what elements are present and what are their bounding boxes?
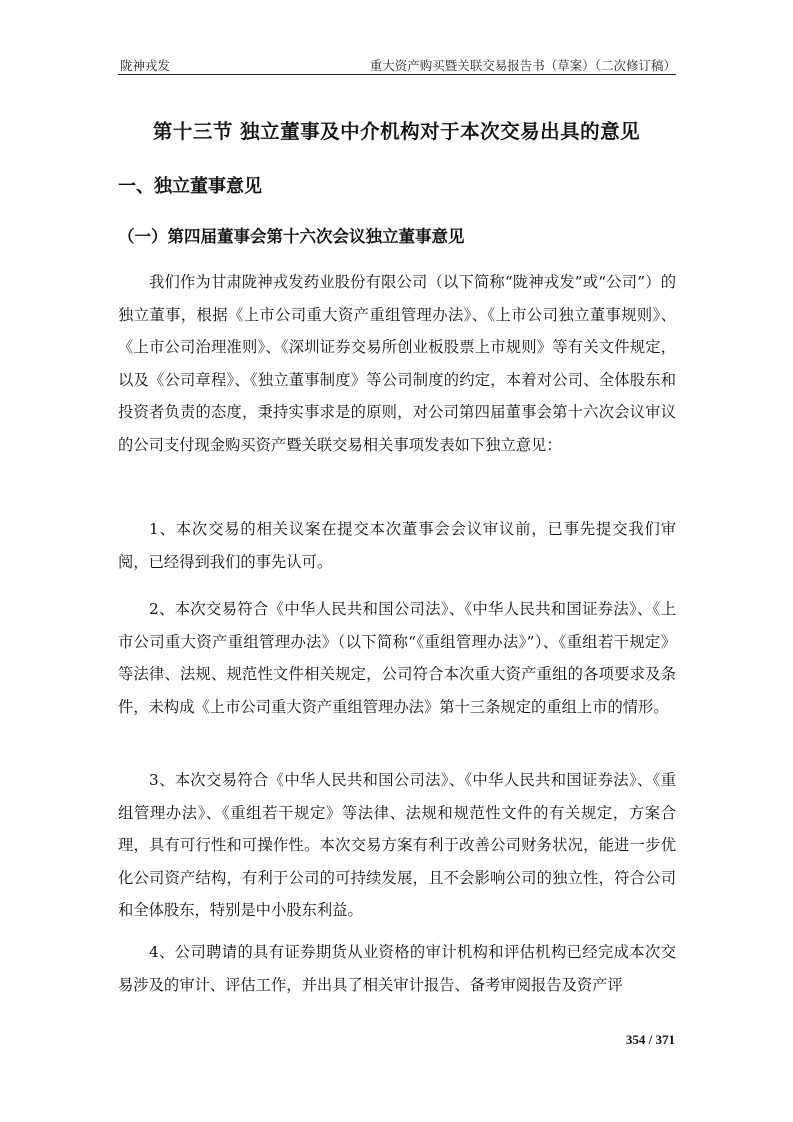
paragraph-intro: 我们作为甘肃陇神戎发药业股份有限公司（以下简称“陇神戎发”或“公司”）的独立董事… [118,266,676,461]
section-title: 第十三节 独立董事及中介机构对于本次交易出具的意见 [0,116,793,144]
paragraph-item-4: 4、公司聘请的具有证券期货从业资格的审计机构和评估机构已经完成本次交易涉及的审计… [118,936,676,1001]
header-company-name: 陇神戎发 [120,56,170,74]
header-document-title: 重大资产购买暨关联交易报告书（草案）（二次修订稿） [370,56,676,74]
heading-independent-directors-opinion: 一、独立董事意见 [118,172,262,198]
paragraph-item-2: 2、本次交易符合《中华人民共和国公司法》、《中华人民共和国证券法》、《上市公司重… [118,593,676,723]
subheading-board-meeting-opinion: （一）第四届董事会第十六次会议独立董事意见 [118,223,465,247]
paragraph-item-3: 3、本次交易符合《中华人民共和国公司法》、《中华人民共和国证券法》、《重组管理办… [118,764,676,927]
page-header: 陇神戎发 重大资产购买暨关联交易报告书（草案）（二次修订稿） [118,56,676,75]
page-number: 354 / 371 [626,1032,675,1048]
paragraph-item-1: 1、本次交易的相关议案在提交本次董事会会议审议前，已事先提交我们审阅，已经得到我… [118,513,676,578]
